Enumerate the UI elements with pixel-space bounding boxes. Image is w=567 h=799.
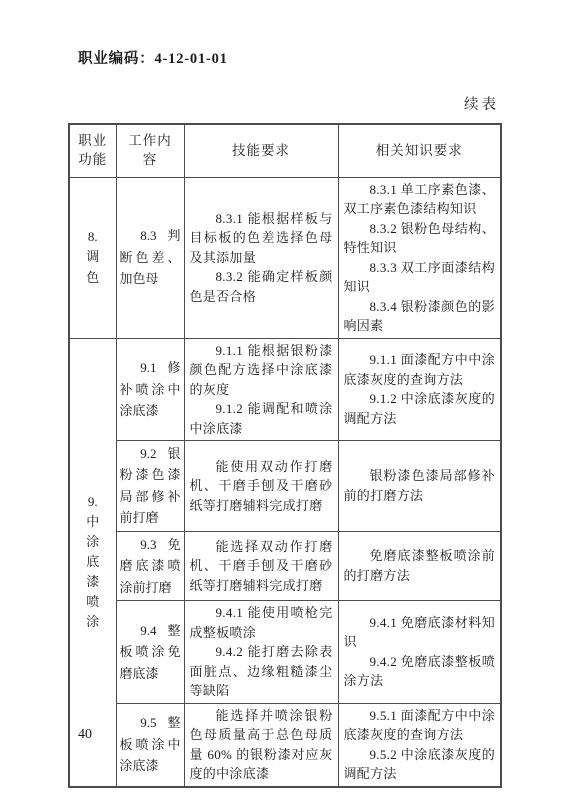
work-content-cell: 9.2 银粉漆色漆局部修补前打磨 [116, 441, 184, 532]
function-cell-9: 9. 中涂底漆喷涂 [69, 338, 116, 787]
work-content-cell: 9.1 修补喷涂中涂底漆 [116, 338, 184, 441]
knowledge-item: 9.4.2 免磨底漆整板喷涂方法 [344, 652, 496, 691]
skill-item: 9.4.2 能打磨去除表面脏点、边缘粗糙漆尘等缺陷 [190, 642, 333, 701]
knowledge-item: 9.4.1 免磨底漆材料知识 [344, 613, 496, 652]
function-name: 调色 [86, 247, 100, 287]
skill-item: 能选择并喷涂银粉色母质量高于总色母质量 60% 的银粉漆对应灰度的中涂底漆 [190, 706, 333, 784]
knowledge-requirements-cell: 免磨底漆整板喷涂前的打磨方法 [338, 531, 501, 600]
work-content-cell: 9.4 整板喷涂免磨底漆 [116, 601, 184, 704]
knowledge-item: 9.5.2 中涂底漆灰度的调配方法 [344, 745, 496, 784]
table-row: 9.3 免磨底漆喷涂前打磨 能选择双动作打磨机、干磨手刨及干磨砂纸等打磨辅料完成… [69, 531, 501, 600]
skill-requirements-cell: 8.3.1 能根据样板与目标板的色差选择色母及其添加量 8.3.2 能确定样板颜… [184, 177, 338, 338]
header-skill-requirements: 技能要求 [184, 124, 338, 177]
skill-requirements-cell: 9.4.1 能使用喷枪完成整板喷涂 9.4.2 能打磨去除表面脏点、边缘粗糙漆尘… [184, 601, 338, 704]
skill-requirements-cell: 能选择并喷涂银粉色母质量高于总色母质量 60% 的银粉漆对应灰度的中涂底漆 [184, 703, 338, 787]
skill-requirements-cell: 能使用双动作打磨机、干磨手刨及干磨砂纸等打磨辅料完成打磨 [184, 441, 338, 532]
table-row: 8. 调色 8.3 判断色差、加色母 8.3.1 能根据样板与目标板的色差选择色… [69, 177, 501, 338]
page-number: 40 [78, 727, 92, 743]
knowledge-requirements-cell: 8.3.1 单工序素色漆、双工序素色漆结构知识 8.3.2 银粉色母结构、特性知… [338, 177, 501, 338]
knowledge-item: 8.3.3 双工序面漆结构知识 [344, 258, 496, 297]
table-header-row: 职业功能 工作内容 技能要求 相关知识要求 [69, 124, 501, 177]
work-content-cell: 8.3 判断色差、加色母 [116, 177, 184, 338]
knowledge-requirements-cell: 银粉漆色漆局部修补前的打磨方法 [338, 441, 501, 532]
knowledge-requirements-cell: 9.4.1 免磨底漆材料知识 9.4.2 免磨底漆整板喷涂方法 [338, 601, 501, 704]
table-row: 9. 中涂底漆喷涂 9.1 修补喷涂中涂底漆 9.1.1 能根据银粉漆颜色配方选… [69, 338, 501, 441]
skill-requirements-cell: 9.1.1 能根据银粉漆颜色配方选择中涂底漆的灰度 9.1.2 能调配和喷涂中涂… [184, 338, 338, 441]
knowledge-item: 8.3.2 银粉色母结构、特性知识 [344, 219, 496, 258]
skill-item: 9.1.1 能根据银粉漆颜色配方选择中涂底漆的灰度 [190, 341, 333, 400]
continued-table-label: 续表 [464, 93, 499, 114]
work-content-text: 9.5 整板喷涂中涂底漆 [120, 712, 181, 776]
header-work-content: 工作内容 [116, 124, 184, 177]
knowledge-requirements-cell: 9.5.1 面漆配方中中涂底漆灰度的查询方法 9.5.2 中涂底漆灰度的调配方法 [338, 703, 501, 787]
work-content-cell: 9.3 免磨底漆喷涂前打磨 [116, 531, 184, 600]
work-content-text: 9.4 整板喷涂免磨底漆 [120, 620, 181, 684]
function-cell-8: 8. 调色 [69, 177, 116, 338]
skill-item: 8.3.1 能根据样板与目标板的色差选择色母及其添加量 [190, 209, 333, 268]
table-row: 9.2 银粉漆色漆局部修补前打磨 能使用双动作打磨机、干磨手刨及干磨砂纸等打磨辅… [69, 441, 501, 532]
function-number: 8. [72, 227, 114, 247]
work-content-text: 9.2 银粉漆色漆局部修补前打磨 [120, 443, 181, 529]
header-occupational-function: 职业功能 [69, 124, 116, 177]
work-content-cell: 9.5 整板喷涂中涂底漆 [116, 703, 184, 787]
document-page: 职业编码：4-12-01-01 续表 职业功能 工作内容 技能要求 相关知识要求 [0, 0, 567, 799]
knowledge-item: 9.5.1 面漆配方中中涂底漆灰度的查询方法 [344, 706, 496, 745]
knowledge-item: 8.3.1 单工序素色漆、双工序素色漆结构知识 [344, 180, 496, 219]
skill-item: 能使用双动作打磨机、干磨手刨及干磨砂纸等打磨辅料完成打磨 [190, 457, 333, 516]
knowledge-item: 9.1.2 中涂底漆灰度的调配方法 [344, 389, 496, 428]
occupation-code-label: 职业编码：4-12-01-01 [78, 47, 228, 68]
function-name: 中涂底漆喷涂 [86, 512, 100, 633]
knowledge-item: 银粉漆色漆局部修补前的打磨方法 [344, 466, 496, 505]
work-content-text: 8.3 判断色差、加色母 [120, 225, 181, 289]
table-row: 9.4 整板喷涂免磨底漆 9.4.1 能使用喷枪完成整板喷涂 9.4.2 能打磨… [69, 601, 501, 704]
knowledge-item: 8.3.4 银粉漆颜色的影响因素 [344, 297, 496, 336]
header-knowledge-requirements: 相关知识要求 [338, 124, 501, 177]
knowledge-requirements-cell: 9.1.1 面漆配方中中涂底漆灰度的查询方法 9.1.2 中涂底漆灰度的调配方法 [338, 338, 501, 441]
occupation-standard-table: 职业功能 工作内容 技能要求 相关知识要求 8. 调色 8.3 判断色差、加色母… [68, 123, 502, 788]
knowledge-item: 9.1.1 面漆配方中中涂底漆灰度的查询方法 [344, 350, 496, 389]
table-row: 9.5 整板喷涂中涂底漆 能选择并喷涂银粉色母质量高于总色母质量 60% 的银粉… [69, 703, 501, 787]
skill-item: 9.4.1 能使用喷枪完成整板喷涂 [190, 603, 333, 642]
skill-item: 8.3.2 能确定样板颜色是否合格 [190, 267, 333, 306]
knowledge-item: 免磨底漆整板喷涂前的打磨方法 [344, 546, 496, 585]
skill-requirements-cell: 能选择双动作打磨机、干磨手刨及干磨砂纸等打磨辅料完成打磨 [184, 531, 338, 600]
function-number: 9. [72, 492, 114, 512]
skill-item: 9.1.2 能调配和喷涂中涂底漆 [190, 399, 333, 438]
work-content-text: 9.1 修补喷涂中涂底漆 [120, 357, 181, 421]
skill-item: 能选择双动作打磨机、干磨手刨及干磨砂纸等打磨辅料完成打磨 [190, 537, 333, 596]
work-content-text: 9.3 免磨底漆喷涂前打磨 [120, 534, 181, 598]
